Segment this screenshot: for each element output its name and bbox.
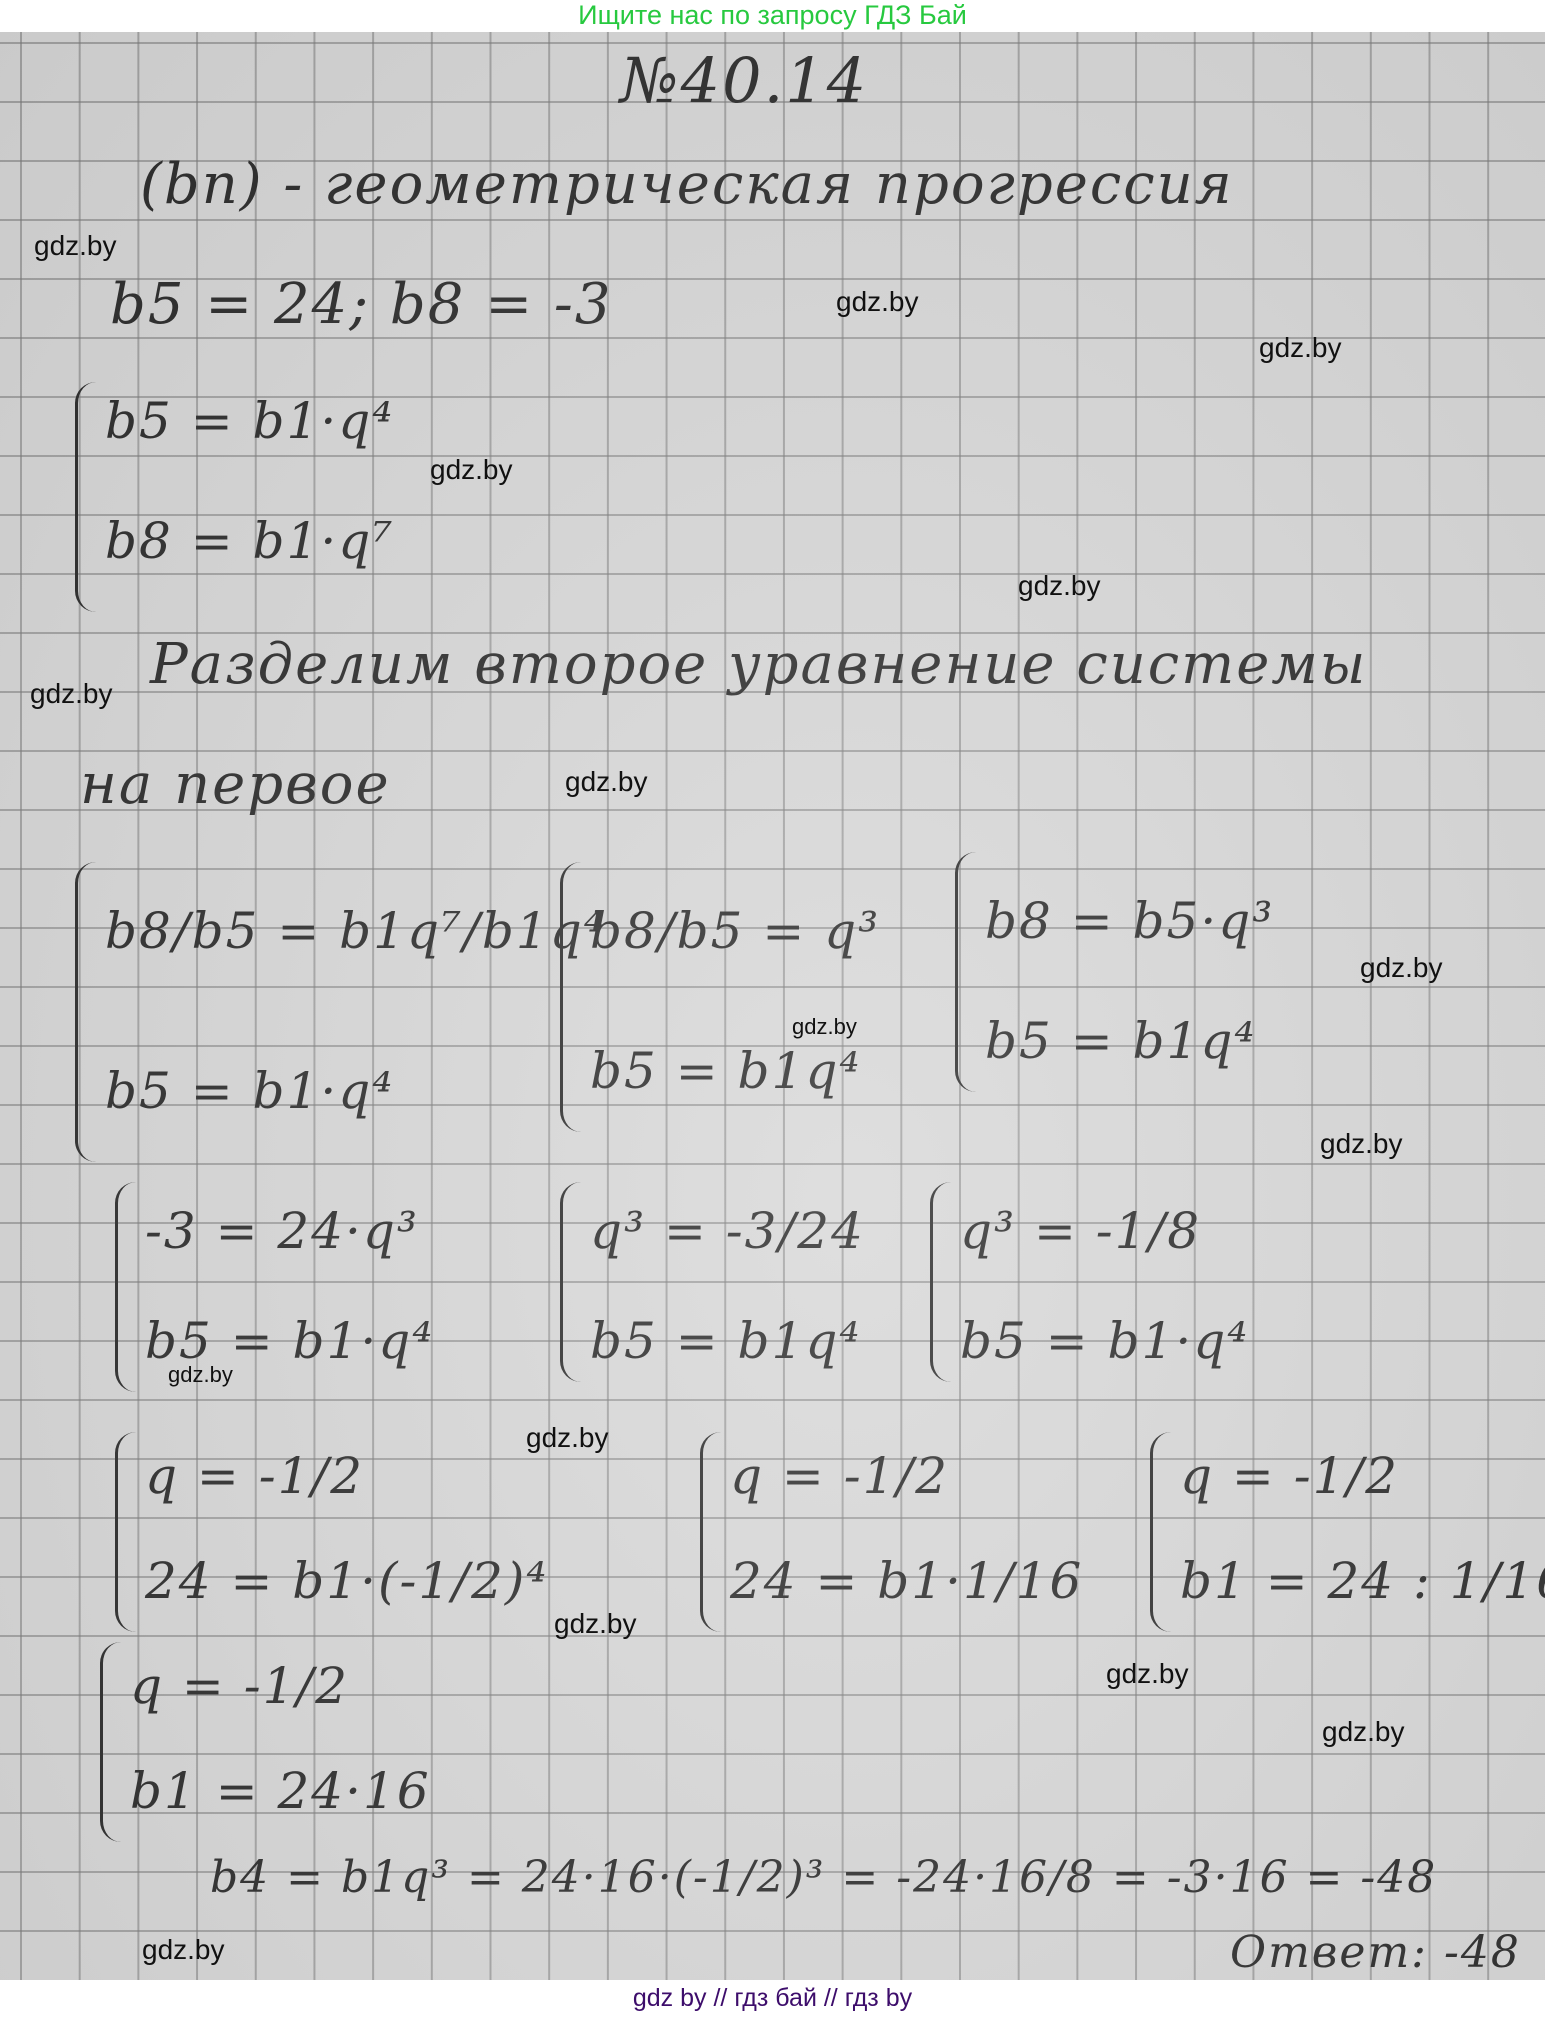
equation: b5 = b1·q⁴ (960, 1312, 1249, 1370)
brace (955, 852, 976, 1092)
brace (700, 1432, 721, 1632)
equation: q = -1/2 (730, 1447, 949, 1505)
answer: Ответ: -48 (1230, 1927, 1521, 1978)
watermark: gdz.by (1322, 1716, 1405, 1748)
watermark: gdz.by (168, 1362, 233, 1388)
system-3c: q³ = -1/8 b5 = b1·q⁴ (930, 1182, 1310, 1392)
instruction-line-2: на первое (80, 752, 391, 817)
brace (560, 1182, 581, 1382)
watermark: gdz.by (1018, 570, 1101, 602)
equation: b8/b5 = q³ (590, 902, 880, 960)
watermark: gdz.by (1360, 952, 1443, 984)
system-5: q = -1/2 b1 = 24·16 (100, 1642, 520, 1852)
system-2c: b8 = b5·q³ b5 = b1q⁴ (955, 852, 1355, 1102)
equation: b1 = 24·16 (130, 1762, 431, 1820)
watermark: gdz.by (1106, 1658, 1189, 1690)
equation: q = -1/2 (1180, 1447, 1399, 1505)
given-line: b5 = 24; b8 = -3 (110, 272, 612, 337)
watermark: gdz.by (554, 1608, 637, 1640)
watermark: gdz.by (1259, 332, 1342, 364)
system-2a: b8/b5 = b1q⁷/b1q⁴ b5 = b1·q⁴ (75, 862, 495, 1172)
equation: q³ = -3/24 (590, 1202, 865, 1260)
system-4b: q = -1/2 24 = b1·1/16 (700, 1432, 1080, 1642)
final-computation: b4 = b1q³ = 24·16·(-1/2)³ = -24·16/8 = -… (210, 1852, 1437, 1903)
watermark: gdz.by (526, 1422, 609, 1454)
watermark: gdz.by (836, 286, 919, 318)
equation: b5 = b1q⁴ (985, 1012, 1256, 1070)
watermark: gdz.by (34, 230, 117, 262)
watermark: gdz.by (1320, 1128, 1403, 1160)
system-4c: q = -1/2 b1 = 24 : 1/16 (1150, 1432, 1545, 1642)
equation: b1 = 24 : 1/16 (1180, 1552, 1545, 1610)
notebook-page: №40.14 (bn) - геометрическая прогрессия … (0, 32, 1545, 1980)
problem-number: №40.14 (620, 44, 868, 117)
watermark: gdz.by (792, 1014, 857, 1040)
equation: 24 = b1·(-1/2)⁴ (145, 1552, 548, 1610)
equation: b5 = b1q⁴ (590, 1312, 861, 1370)
equation: b5 = b1·q⁴ (105, 1062, 394, 1120)
brace (100, 1642, 121, 1842)
system-3b: q³ = -3/24 b5 = b1q⁴ (560, 1182, 920, 1392)
equation: -3 = 24·q³ (145, 1202, 419, 1260)
equation: b8/b5 = b1q⁷/b1q⁴ (105, 902, 606, 960)
brace (560, 862, 581, 1132)
brace (75, 862, 96, 1162)
watermark: gdz.by (565, 766, 648, 798)
equation: q = -1/2 (130, 1657, 349, 1715)
search-banner: Ищите нас по запросу ГДЗ Бай (0, 0, 1545, 32)
brace (1150, 1432, 1171, 1632)
watermark: gdz.by (430, 454, 513, 486)
watermark: gdz.by (30, 678, 113, 710)
brace (75, 382, 96, 612)
system-2b: b8/b5 = q³ b5 = b1q⁴ (560, 862, 940, 1142)
intro-line: (bn) - геометрическая прогрессия (140, 152, 1234, 217)
equation: q = -1/2 (145, 1447, 364, 1505)
system-1: b5 = b1·q⁴ b8 = b1·q⁷ (75, 382, 475, 622)
equation: q³ = -1/8 (960, 1202, 1201, 1260)
brace (930, 1182, 951, 1382)
brace (115, 1182, 136, 1392)
watermark: gdz.by (142, 1934, 225, 1966)
equation: 24 = b1·1/16 (730, 1552, 1083, 1610)
instruction-line-1: Разделим второе уравнение системы (150, 632, 1367, 697)
equation: b8 = b5·q³ (985, 892, 1274, 950)
footer-links: gdz by // гдз бай // гдз by (0, 1980, 1545, 2019)
equation: b8 = b1·q⁷ (105, 512, 394, 570)
brace (115, 1432, 136, 1632)
equation: b5 = b1·q⁴ (105, 392, 394, 450)
equation: b5 = b1q⁴ (590, 1042, 861, 1100)
